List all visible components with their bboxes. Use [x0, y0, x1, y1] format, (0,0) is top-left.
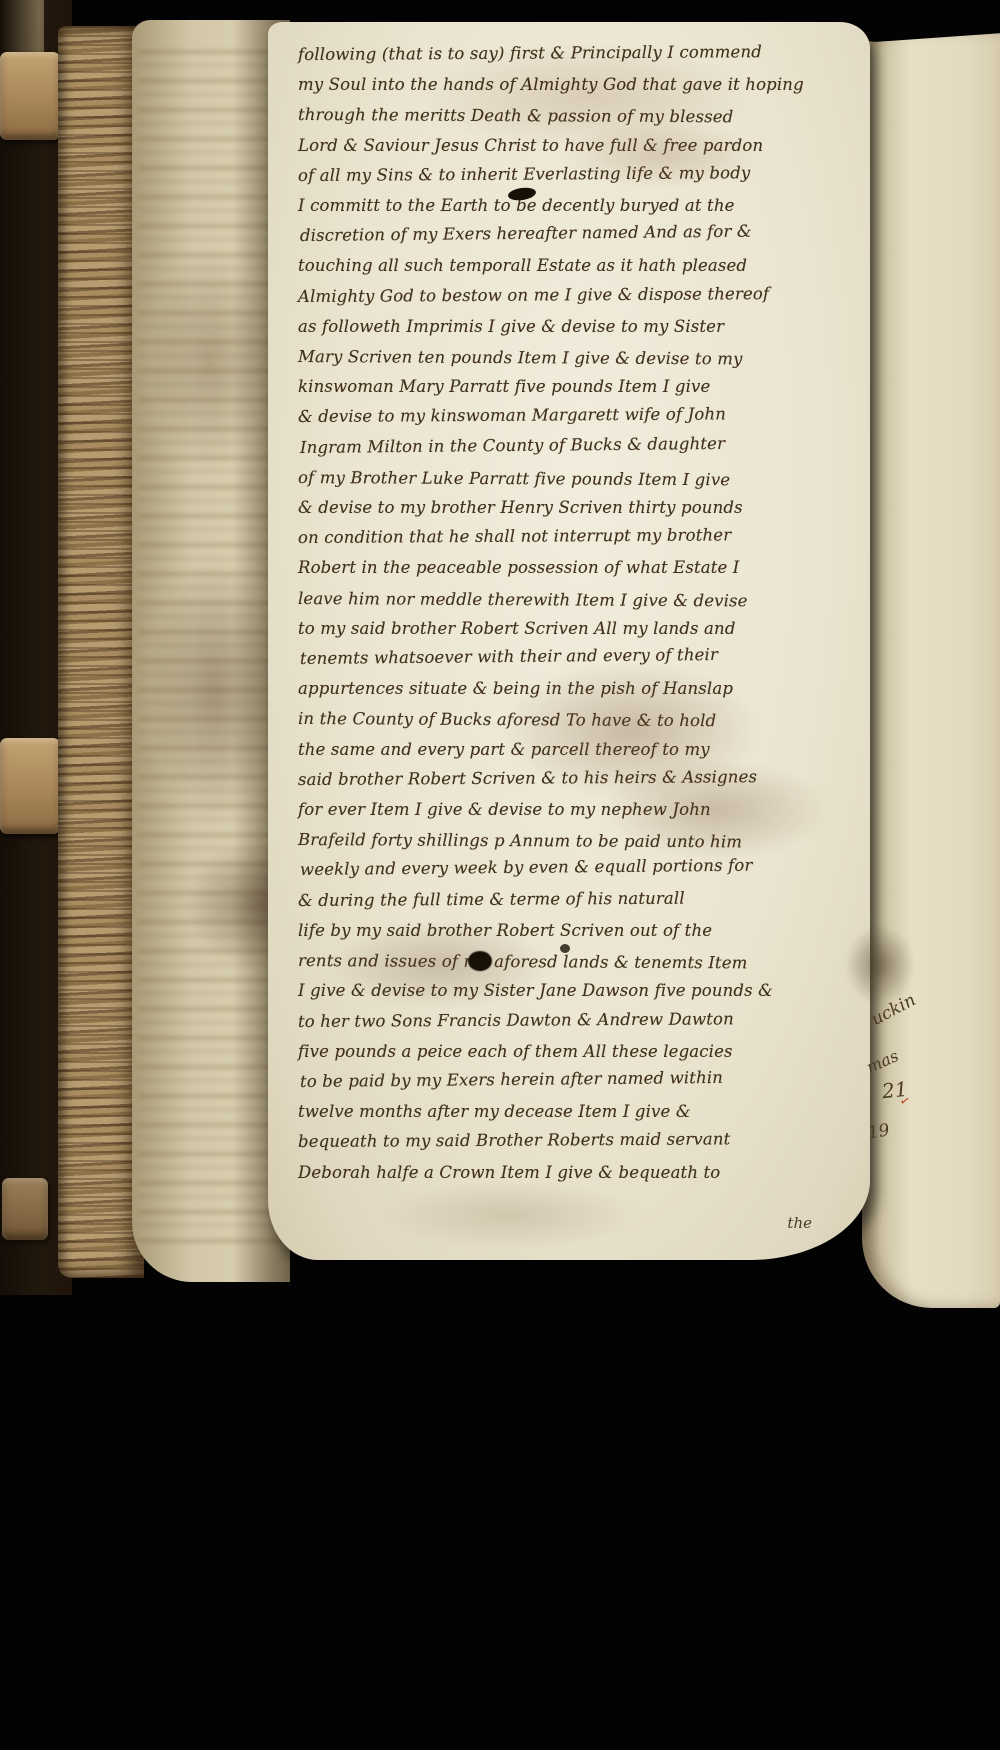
manuscript-line: Ingram Milton in the County of Bucks & d… [300, 427, 860, 463]
manuscript-line: weekly and every week by even & equall p… [300, 850, 860, 886]
manuscript-line: in the County of Bucks aforesd To have &… [298, 704, 858, 737]
manuscript-page: following (that is to say) first & Princ… [268, 22, 870, 1260]
manuscript-line: Mary Scriven ten pounds Item I give & de… [298, 342, 858, 375]
manuscript-line: life by my said brother Robert Scriven o… [298, 916, 858, 946]
manuscript-line: said brother Robert Scriven & to his hei… [298, 761, 858, 795]
manuscript-line: Robert in the peaceable possession of wh… [298, 553, 858, 583]
manuscript-line: & during the full time & terme of his na… [298, 882, 858, 916]
binding-tape [0, 52, 60, 140]
manuscript-line: as followeth Imprimis I give & devise to… [298, 312, 858, 342]
ink-blot [560, 944, 570, 953]
manuscript-line: rents and issues of my aforesd lands & t… [298, 946, 858, 979]
manuscript-text: following (that is to say) first & Princ… [298, 40, 858, 1188]
margin-fragment-number: 19 [866, 1120, 891, 1143]
manuscript-line: the same and every part & parcell thereo… [298, 735, 858, 765]
manuscript-line: Lord & Saviour Jesus Christ to have full… [298, 131, 858, 161]
manuscript-line: tenemts whatsoever with their and every … [300, 639, 860, 675]
manuscript-line: Deborah halfe a Crown Item I give & bequ… [298, 1158, 858, 1188]
binding-tape [2, 1178, 48, 1240]
manuscript-line: bequeath to my said Brother Roberts maid… [298, 1124, 858, 1158]
manuscript-line: leave him nor meddle therewith Item I gi… [298, 584, 858, 617]
manuscript-line: to her two Sons Francis Dawton & Andrew … [298, 1003, 858, 1037]
manuscript-line: for ever Item I give & devise to my neph… [298, 795, 858, 825]
manuscript-line: on condition that he shall not interrupt… [298, 520, 858, 554]
manuscript-line: appurtences situate & being in the pish … [298, 674, 858, 704]
manuscript-line: of my Brother Luke Parratt five pounds I… [298, 463, 858, 496]
manuscript-line: through the meritts Death & passion of m… [298, 100, 858, 133]
catchword: the [787, 1214, 812, 1232]
binding-tape [0, 738, 60, 834]
manuscript-line: of all my Sins & to inherit Everlasting … [298, 157, 858, 191]
manuscript-line: following (that is to say) first & Princ… [298, 37, 858, 71]
manuscript-line: & devise to my brother Henry Scriven thi… [298, 493, 858, 523]
manuscript-line: I give & devise to my Sister Jane Dawson… [298, 976, 858, 1006]
manuscript-line: to be paid by my Exers herein after name… [300, 1062, 860, 1098]
manuscript-line: my Soul into the hands of Almighty God t… [298, 70, 858, 100]
manuscript-line: kinswoman Mary Parratt five pounds Item … [298, 372, 858, 402]
manuscript-line: twelve months after my decease Item I gi… [298, 1097, 858, 1127]
manuscript-line: Almighty God to bestow on me I give & di… [298, 278, 858, 312]
manuscript-line: touching all such temporall Estate as it… [298, 251, 858, 281]
next-page-edge [862, 30, 1000, 1308]
ink-blot [468, 951, 492, 971]
manuscript-photo: following (that is to say) first & Princ… [0, 0, 1000, 1750]
manuscript-line: discretion of my Exers hereafter named A… [300, 216, 860, 252]
